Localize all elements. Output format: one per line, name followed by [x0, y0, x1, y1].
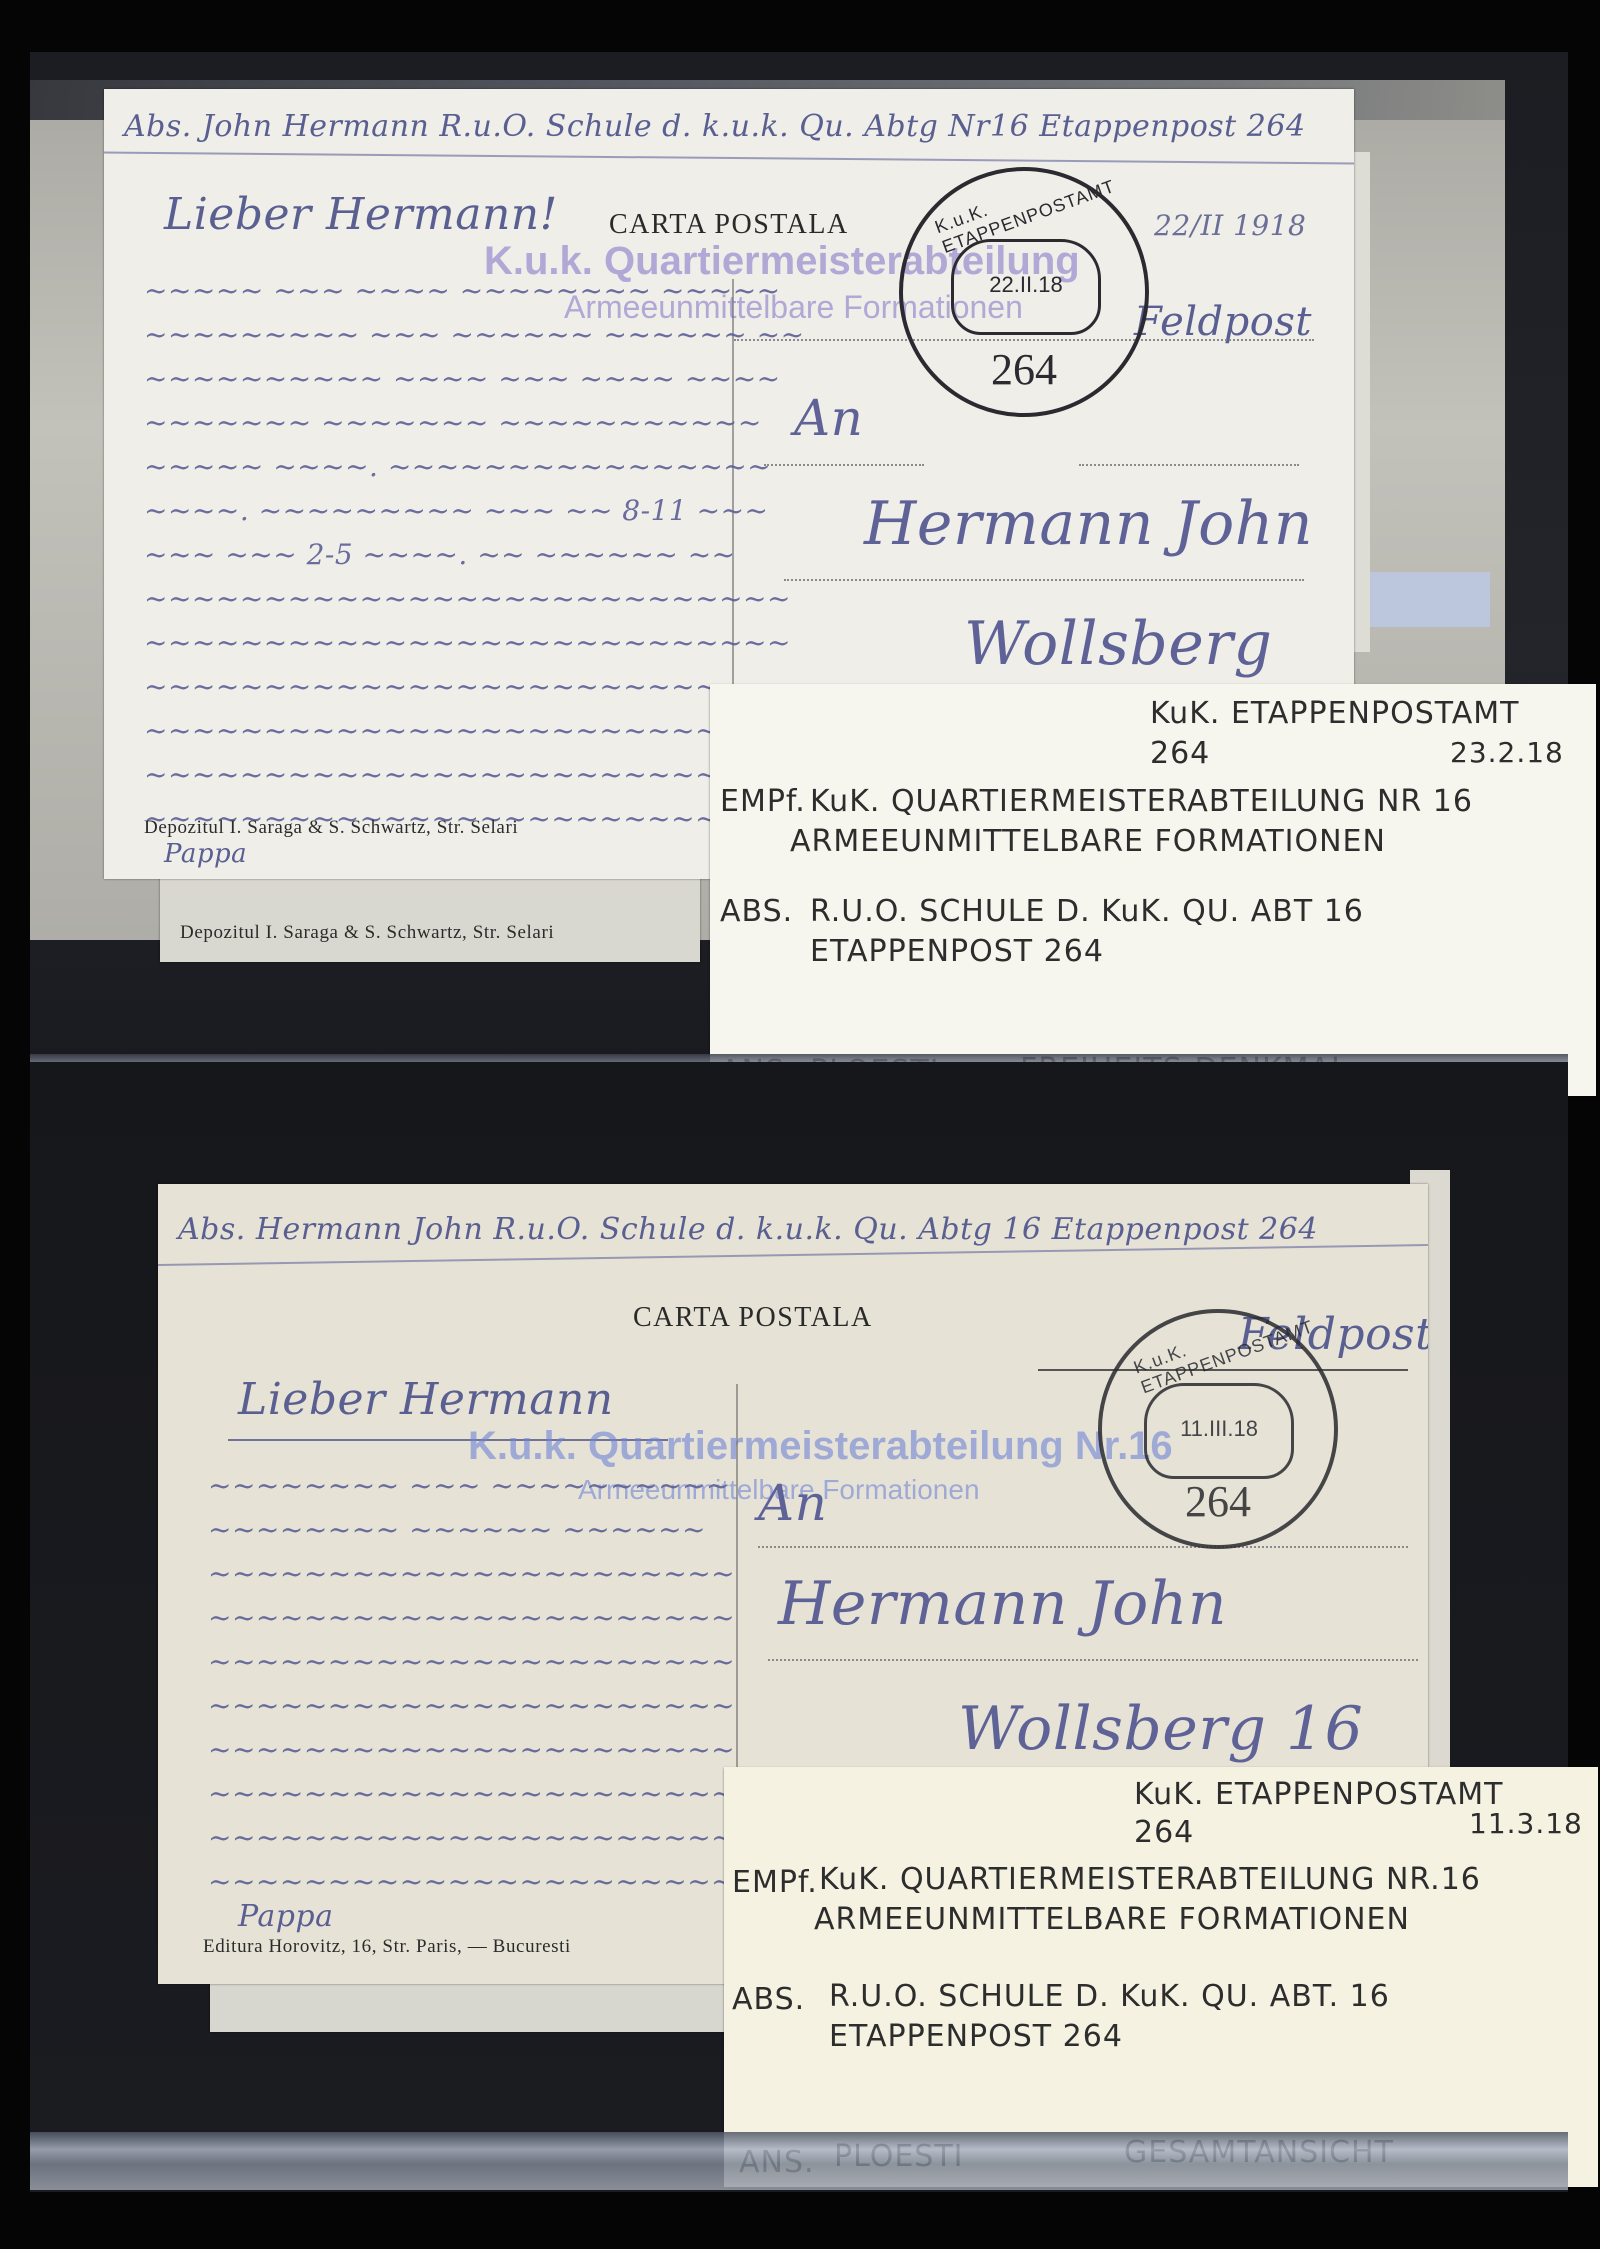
label-recipient-line2: ARMEEUNMITTELBARE FORMATIONEN — [814, 1902, 1410, 1937]
salutation: Lieber Hermann — [238, 1374, 614, 1425]
underlay-card-edge — [1360, 572, 1490, 627]
label-office: KuK. ETAPPENPOSTAMT — [1134, 1777, 1503, 1812]
description-label-2: KuK. ETAPPENPOSTAMT 264 11.3.18 EMPf. Ku… — [724, 1767, 1598, 2187]
message-body: ~~~~~~~~ ~~~ ~~~~~~~~~~ ~~~~~~~~ ~~~~~~ … — [208, 1464, 735, 1904]
publisher-imprint: Editura Horovitz, 16, Str. Paris, — Bucu… — [203, 1936, 571, 1958]
card-title: CARTA POSTALA — [633, 1302, 873, 1334]
sender-rule — [158, 1244, 1428, 1266]
postmark-date: 22.II.18 — [954, 272, 1098, 298]
address-rule — [1079, 464, 1299, 467]
card-title: CARTA POSTALA — [609, 209, 849, 241]
address-rule — [758, 1546, 1408, 1549]
label-date: 23.2.18 — [1450, 736, 1564, 769]
publisher-imprint: Depozitul I. Saraga & S. Schwartz, Str. … — [144, 817, 518, 839]
address-line-1: An — [758, 1474, 827, 1532]
unit-stamp-line1: K.u.k. Quartiermeisterabteilung Nr.16 — [468, 1424, 1173, 1469]
address-line-3: Wollsberg — [964, 609, 1272, 679]
label-recipient-line1: KuK. QUARTIERMEISTERABTEILUNG NR.16 — [819, 1862, 1481, 1897]
signature: Pappa — [164, 839, 247, 869]
album-page: Depozitul I. Saraga & S. Schwartz, Str. … — [30, 52, 1568, 2192]
label-sender-prefix: ABS. — [732, 1982, 805, 2017]
address-line-2: Hermann John — [864, 489, 1313, 559]
postmark-cancellation: K.u.K. ETAPPENPOSTAMT 11.III.18 264 — [1098, 1309, 1338, 1549]
sender-rule — [104, 152, 1354, 165]
address-rule — [764, 464, 924, 467]
postmark-cancellation: K.u.K. ETAPPENPOSTAMT 22.II.18 264 — [899, 167, 1149, 417]
album-strip-1: Depozitul I. Saraga & S. Schwartz, Str. … — [30, 52, 1568, 1062]
sleeve-edge-2 — [30, 2132, 1568, 2190]
label-sender-line2: ETAPPENPOST 264 — [810, 934, 1104, 969]
address-line-2: Hermann John — [778, 1569, 1227, 1639]
sender-line: Abs. Hermann John R.u.O. Schule d. k.u.k… — [178, 1212, 1318, 1247]
album-strip-2: Abs. Hermann John R.u.O. Schule d. k.u.k… — [30, 1062, 1568, 2192]
label-recipient-line2: ARMEEUNMITTELBARE FORMATIONEN — [790, 824, 1386, 859]
label-office: KuK. ETAPPENPOSTAMT — [1150, 696, 1519, 731]
address-line-3: Wollsberg 16 — [958, 1694, 1363, 1764]
message-body: ~~~~~ ~~~ ~~~~ ~~~~~~~~ ~~~~~ ~~~~~~~~~ … — [144, 269, 805, 841]
label-office-number: 264 — [1134, 1815, 1194, 1850]
postmark-date-box: 22.II.18 — [951, 239, 1101, 335]
postmark-date: 11.III.18 — [1147, 1416, 1291, 1442]
label-date: 11.3.18 — [1469, 1807, 1583, 1840]
label-office-number: 264 — [1150, 736, 1210, 771]
label-recipient-prefix: EMPf. — [732, 1865, 818, 1900]
label-sender-prefix: ABS. — [720, 894, 793, 929]
postmark-date-box: 11.III.18 — [1144, 1383, 1294, 1479]
postcard-back-sliver — [210, 1982, 730, 2032]
address-rule — [784, 579, 1304, 582]
label-sender-line1: R.U.O. SCHULE D. KuK. QU. ABT 16 — [810, 894, 1364, 929]
address-line-1: An — [794, 389, 863, 447]
handwritten-date: 22/II 1918 — [1154, 209, 1306, 242]
postmark-number: 264 — [903, 344, 1145, 395]
publisher-imprint-back: Depozitul I. Saraga & S. Schwartz, Str. … — [180, 922, 554, 944]
description-label-1: KuK. ETAPPENPOSTAMT 264 23.2.18 EMPf. Ku… — [710, 684, 1596, 1096]
postmark-number: 264 — [1102, 1476, 1334, 1527]
label-sender-line1: R.U.O. SCHULE D. KuK. QU. ABT. 16 — [829, 1979, 1390, 2014]
postcard-back-sliver: Depozitul I. Saraga & S. Schwartz, Str. … — [160, 872, 700, 962]
salutation: Lieber Hermann! — [164, 189, 558, 240]
signature: Pappa — [238, 1899, 334, 1934]
label-recipient-line1: KuK. QUARTIERMEISTERABTEILUNG NR 16 — [810, 784, 1473, 819]
label-recipient-prefix: EMPf. — [720, 784, 806, 819]
label-sender-line2: ETAPPENPOST 264 — [829, 2019, 1123, 2054]
sender-line: Abs. John Hermann R.u.O. Schule d. k.u.k… — [124, 109, 1306, 144]
address-rule — [768, 1659, 1418, 1662]
